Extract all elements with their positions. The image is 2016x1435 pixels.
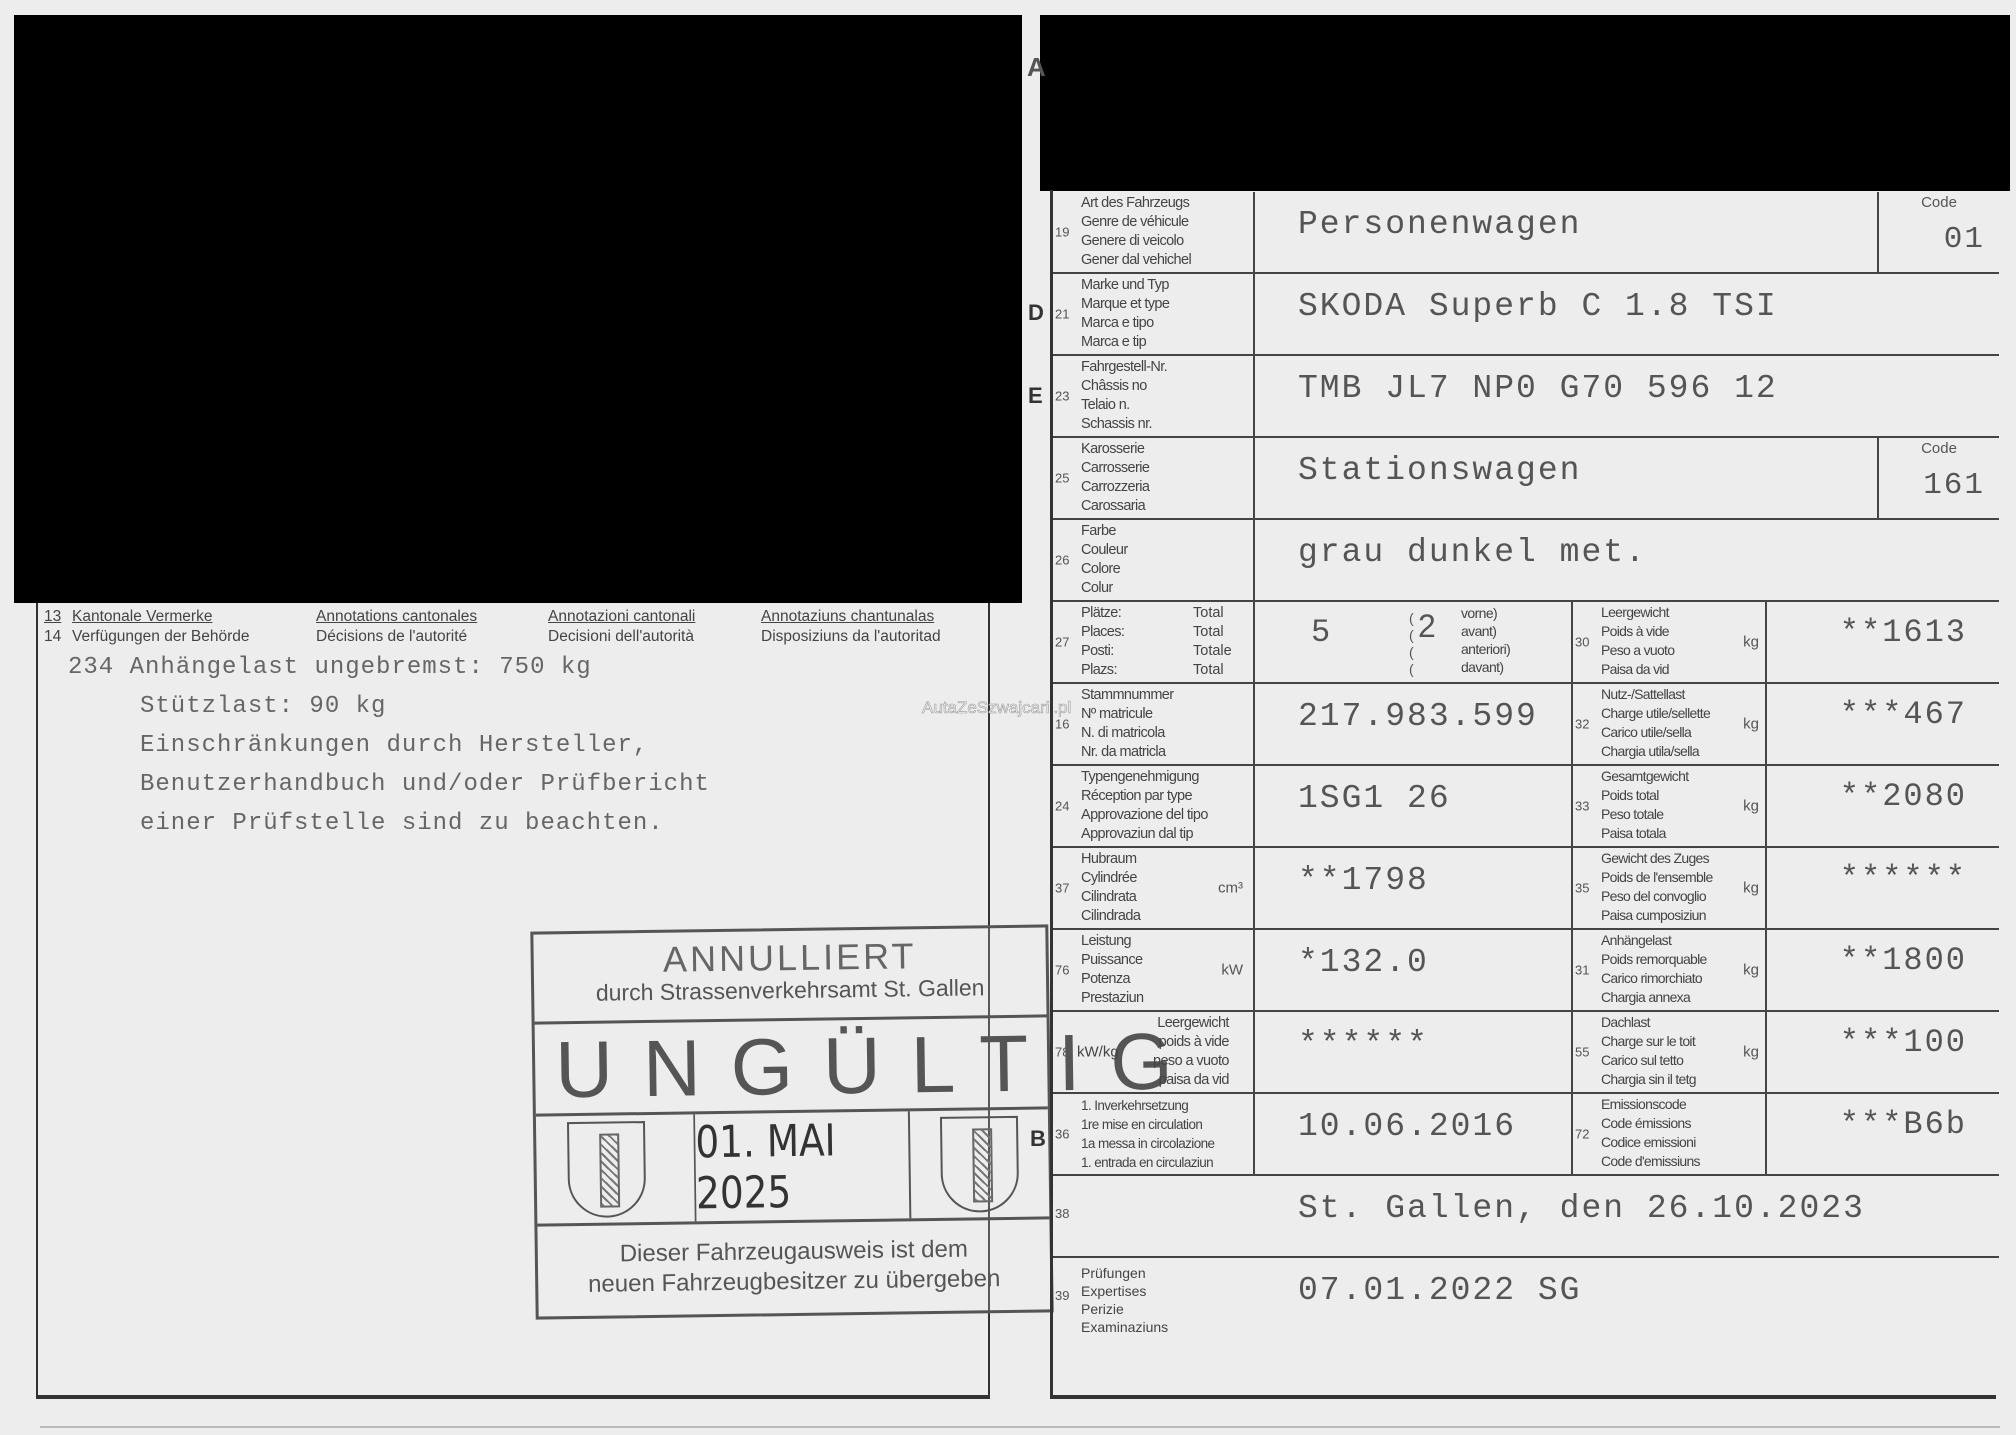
- label-rm: paisa da vid: [1153, 1071, 1229, 1090]
- remark-line: 234 Anhängelast ungebremst: 750 kg: [68, 648, 710, 687]
- code-label: Code: [1879, 440, 1999, 457]
- label-de: Prüfungen: [1081, 1264, 1168, 1282]
- stamp-header: ANNULLIERT durch Strassenverkehrsamt St.…: [533, 927, 1046, 1024]
- label-fr: Couleur: [1081, 541, 1128, 560]
- label-fr: Poids total: [1601, 786, 1688, 805]
- field-label: 37 Hubraum Cylindrée Cilindrata Cilindra…: [1053, 848, 1255, 928]
- page-edge: [40, 1426, 2000, 1428]
- code-value: 01: [1944, 222, 1985, 257]
- unit: kg: [1743, 798, 1759, 815]
- field-label: 76 Leistung Puissance Potenza Prestaziun…: [1053, 930, 1255, 1010]
- field-label: 16 Stammnummer Nº matricule N. di matric…: [1053, 684, 1255, 764]
- label-fr: Genre de véhicule: [1081, 213, 1191, 232]
- label-rm: Paisa cumposiziun: [1601, 906, 1713, 925]
- field-label: 32 Nutz-/Sattellast Charge utile/sellett…: [1573, 684, 1767, 764]
- label-fr: Annotations cantonales: [316, 607, 548, 627]
- unit: kW/kg: [1077, 1044, 1119, 1061]
- payload-value: ***467: [1840, 696, 1967, 733]
- field-number: 23: [1055, 389, 1069, 404]
- label-it: Approvazione del tipo: [1081, 806, 1208, 825]
- field-number: 32: [1575, 717, 1589, 732]
- label-rm: Disposiziuns da l'autoritad: [761, 627, 981, 647]
- label-fr: Poids à vide: [1601, 622, 1674, 641]
- unit: kg: [1743, 634, 1759, 651]
- stamp-note: Dieser Fahrzeugausweis ist dem neuen Fah…: [537, 1219, 1050, 1300]
- label-de: Typengenehmigung: [1081, 768, 1208, 787]
- power-weight-value: ******: [1298, 1026, 1429, 1063]
- trailer-load-cell: 31 Anhängelast Poids remorquable Carico …: [1571, 930, 1999, 1010]
- label-rm: Annotaziuns chantunalas: [761, 607, 981, 627]
- field-number: 27: [1055, 635, 1069, 650]
- label-fr: Carrosserie: [1081, 459, 1149, 478]
- first-registration-value: 10.06.2016: [1298, 1108, 1516, 1145]
- label-fr: poids à vide: [1153, 1033, 1229, 1052]
- front-label: avant): [1461, 622, 1510, 640]
- label-de: Emissionscode: [1601, 1095, 1700, 1114]
- label-it: Carrozzeria: [1081, 478, 1149, 497]
- label-de: Anhängelast: [1601, 931, 1707, 950]
- field-number: 13: [44, 607, 72, 627]
- train-weight-cell: 35 Gewicht des Zuges Poids de l'ensemble…: [1571, 848, 1999, 928]
- row-vehicle-kind: 19 Art des Fahrzeugs Genre de véhicule G…: [1053, 192, 1999, 274]
- remarks-header-row-14: 14 Verfügungen der Behörde Décisions de …: [44, 627, 984, 647]
- displacement-value: **1798: [1298, 862, 1429, 899]
- label-rm: 1. entrada en circulaziun: [1081, 1153, 1214, 1172]
- front-label: davant): [1461, 658, 1510, 676]
- emission-code-cell: 72 Emissionscode Code émissions Codice e…: [1571, 1094, 1999, 1174]
- row-place-date-issue: 38 St. Gallen, den 26.10.2023: [1053, 1176, 1999, 1258]
- field-number: 24: [1055, 799, 1069, 814]
- field-number: 38: [1055, 1206, 1069, 1221]
- field-label: 25 Karosserie Carrosserie Carrozzeria Ca…: [1053, 438, 1255, 518]
- label-de: Kantonale Vermerke: [72, 607, 316, 627]
- label-it: N. di matricola: [1081, 724, 1174, 743]
- label-de: Farbe: [1081, 522, 1128, 541]
- field-number: 36: [1055, 1127, 1069, 1142]
- invalidation-stamp: ANNULLIERT durch Strassenverkehrsamt St.…: [530, 924, 1053, 1319]
- label-rm: Cilindrada: [1081, 907, 1140, 926]
- unit: cm³: [1218, 880, 1243, 897]
- label-rm: Examinaziuns: [1081, 1318, 1168, 1336]
- field-number: 19: [1055, 225, 1069, 240]
- remark-line: einer Prüfstelle sind zu beachten.: [68, 804, 710, 843]
- label-it: Perizie: [1081, 1300, 1168, 1318]
- color-value: grau dunkel met.: [1298, 534, 1647, 571]
- field-label: 30 Leergewicht Poids à vide Peso a vuoto…: [1573, 602, 1767, 682]
- field-number: 35: [1575, 881, 1589, 896]
- label-it: Telaio n.: [1081, 396, 1167, 415]
- type-approval-value: 1SG1 26: [1298, 780, 1451, 817]
- field-number: 21: [1055, 307, 1069, 322]
- label-de: Nutz-/Sattellast: [1601, 685, 1710, 704]
- code-cell: Code 01: [1877, 192, 1999, 272]
- label-fr: Nº matricule: [1081, 705, 1174, 724]
- label-de: Dachlast: [1601, 1013, 1696, 1032]
- vehicle-data-table: 19 Art des Fahrzeugs Genre de véhicule G…: [1050, 190, 1996, 1399]
- field-label: 72 Emissionscode Code émissions Codice e…: [1573, 1094, 1767, 1174]
- stamp-status: UNGÜLTIG: [535, 1017, 1048, 1116]
- field-label: 23 Fahrgestell-Nr. Châssis no Telaio n. …: [1053, 356, 1255, 436]
- total-label: Totale: [1193, 642, 1232, 661]
- field-number: 16: [1055, 717, 1069, 732]
- corner-letter: A: [1027, 52, 1046, 83]
- row-master-number-payload: 16 Stammnummer Nº matricule N. di matric…: [1053, 684, 1999, 766]
- label-it: Carico sul tetto: [1601, 1051, 1696, 1070]
- master-number-value: 217.983.599: [1298, 698, 1538, 735]
- unit: kW: [1221, 962, 1243, 979]
- redacted-block-right: [1040, 15, 2010, 191]
- vehicle-kind-value: Personenwagen: [1298, 206, 1581, 243]
- label-fr: Poids remorquable: [1601, 950, 1707, 969]
- label-it: Cilindrata: [1081, 888, 1140, 907]
- label-it: Peso totale: [1601, 805, 1688, 824]
- label-de: Art des Fahrzeugs: [1081, 194, 1191, 213]
- label-it: Genere di veicolo: [1081, 232, 1191, 251]
- registration-document-scan: A 13 Kantonale Vermerke Annotations cant…: [0, 0, 2016, 1435]
- field-label: 39 Prüfungen Expertises Perizie Examinaz…: [1053, 1258, 1255, 1340]
- field-label: 24 Typengenehmigung Réception par type A…: [1053, 766, 1255, 846]
- stamp-authority: durch Strassenverkehrsamt St. Gallen: [534, 973, 1046, 1007]
- field-number: 76: [1055, 963, 1069, 978]
- field-number: 72: [1575, 1127, 1589, 1142]
- label-rm: Carossaria: [1081, 497, 1149, 516]
- field-number: 55: [1575, 1045, 1589, 1060]
- stamp-note-line: neuen Fahrzeugbesitzer zu übergeben: [538, 1263, 1050, 1300]
- inspections-value: 07.01.2022 SG: [1298, 1272, 1581, 1309]
- payload-cell: 32 Nutz-/Sattellast Charge utile/sellett…: [1571, 684, 1999, 764]
- trailer-load-value: **1800: [1840, 942, 1967, 979]
- row-displacement-train-weight: 37 Hubraum Cylindrée Cilindrata Cilindra…: [1053, 848, 1999, 930]
- empty-weight-value: **1613: [1840, 614, 1967, 651]
- field-label: 55 Dachlast Charge sur le toit Carico su…: [1573, 1012, 1767, 1092]
- total-label: Total: [1193, 623, 1232, 642]
- row-make-type: 21 Marke und Typ Marque et type Marca e …: [1053, 274, 1999, 356]
- label-it: Carico utile/sella: [1601, 723, 1710, 742]
- label-fr: Poids de l'ensemble: [1601, 868, 1713, 887]
- label-it: Peso a vuoto: [1601, 641, 1674, 660]
- field-label: 26 Farbe Couleur Colore Colur: [1053, 520, 1255, 600]
- label-de: Verfügungen der Behörde: [72, 627, 316, 647]
- make-type-value: SKODA Superb C 1.8 TSI: [1298, 288, 1778, 325]
- label-de: Gewicht des Zuges: [1601, 849, 1713, 868]
- label-it: Potenza: [1081, 970, 1144, 989]
- label-fr: Réception par type: [1081, 787, 1208, 806]
- front-label: vorne): [1461, 604, 1510, 622]
- field-number: 30: [1575, 635, 1589, 650]
- remark-line: Benutzerhandbuch und/oder Prüfbericht: [68, 765, 710, 804]
- row-body-type: 25 Karosserie Carrosserie Carrozzeria Ca…: [1053, 438, 1999, 520]
- label-it: Carico rimorchiato: [1601, 969, 1707, 988]
- total-weight-value: **2080: [1840, 778, 1967, 815]
- side-letter-b: B: [1030, 1126, 1046, 1152]
- label-rm: Paisa totala: [1601, 824, 1688, 843]
- label-rm: Code d'emissiuns: [1601, 1152, 1700, 1171]
- crest-cell-left: [536, 1115, 677, 1224]
- label-de: Karosserie: [1081, 440, 1149, 459]
- label-it: Marca e tipo: [1081, 314, 1169, 333]
- field-number: 33: [1575, 799, 1589, 814]
- remarks-header: 13 Kantonale Vermerke Annotations canton…: [44, 607, 984, 647]
- field-label: 31 Anhängelast Poids remorquable Carico …: [1573, 930, 1767, 1010]
- label-fr: Charge sur le toit: [1601, 1032, 1696, 1051]
- label-rm: Chargia sin il tetg: [1601, 1070, 1696, 1089]
- brace-icon: ((((: [1409, 610, 1414, 678]
- field-number: 25: [1055, 471, 1069, 486]
- row-inspections: 39 Prüfungen Expertises Perizie Examinaz…: [1053, 1258, 1999, 1395]
- label-it: Posti:: [1081, 642, 1124, 661]
- field-label: 19 Art des Fahrzeugs Genre de véhicule G…: [1053, 192, 1255, 272]
- label-fr: Châssis no: [1081, 377, 1167, 396]
- remarks-header-row-13: 13 Kantonale Vermerke Annotations canton…: [44, 607, 984, 627]
- total-label: Total: [1193, 661, 1232, 680]
- field-label: 78 kW/kg Leergewicht poids à vide peso a…: [1053, 1012, 1255, 1092]
- row-power-trailer-load: 76 Leistung Puissance Potenza Prestaziun…: [1053, 930, 1999, 1012]
- label-it: Codice emissioni: [1601, 1133, 1700, 1152]
- label-rm: Plazs:: [1081, 661, 1124, 680]
- label-de: Plätze:: [1081, 604, 1124, 623]
- empty-weight-cell: 30 Leergewicht Poids à vide Peso a vuoto…: [1571, 602, 1999, 682]
- remark-line: Stützlast: 90 kg: [68, 687, 710, 726]
- label-de: Gesamtgewicht: [1601, 767, 1688, 786]
- label-rm: Gener dal vehichel: [1081, 251, 1191, 270]
- label-rm: Chargia utila/sella: [1601, 742, 1710, 761]
- place-date-value: St. Gallen, den 26.10.2023: [1298, 1190, 1865, 1227]
- label-fr: Décisions de l'autorité: [316, 627, 548, 647]
- total-weight-cell: 33 Gesamtgewicht Poids total Peso totale…: [1571, 766, 1999, 846]
- label-de: Fahrgestell-Nr.: [1081, 358, 1167, 377]
- field-label: 36 1. Inverkehrsetzung 1re mise en circu…: [1053, 1094, 1255, 1174]
- row-power-weight-roof-load: 78 kW/kg Leergewicht poids à vide peso a…: [1053, 1012, 1999, 1094]
- label-fr: Puissance: [1081, 951, 1144, 970]
- label-fr: Cylindrée: [1081, 869, 1140, 888]
- roof-load-cell: 55 Dachlast Charge sur le toit Carico su…: [1571, 1012, 1999, 1092]
- unit: kg: [1743, 880, 1759, 897]
- label-rm: Colur: [1081, 579, 1128, 598]
- redacted-block-left: [14, 15, 1022, 603]
- label-fr: Places:: [1081, 623, 1124, 642]
- label-de: 1. Inverkehrsetzung: [1081, 1096, 1214, 1115]
- roof-load-value: ***100: [1840, 1024, 1967, 1061]
- emission-code-value: ***B6b: [1840, 1106, 1967, 1143]
- field-label: 27 Plätze: Places: Posti: Plazs: Total T…: [1053, 602, 1255, 682]
- label-rm: Schassis nr.: [1081, 415, 1167, 434]
- field-number: 31: [1575, 963, 1589, 978]
- label-fr: 1re mise en circulation: [1081, 1115, 1214, 1134]
- unit: kg: [1743, 716, 1759, 733]
- body-type-value: Stationswagen: [1298, 452, 1581, 489]
- row-type-approval-total-weight: 24 Typengenehmigung Réception par type A…: [1053, 766, 1999, 848]
- row-first-registration-emission: 36 1. Inverkehrsetzung 1re mise en circu…: [1053, 1094, 1999, 1176]
- label-de: Leergewicht: [1153, 1014, 1229, 1033]
- watermark: AutaZeSzwajcarii.pl: [922, 698, 1071, 718]
- label-rm: Approvaziun dal tip: [1081, 825, 1208, 844]
- row-chassis-number: 23 Fahrgestell-Nr. Châssis no Telaio n. …: [1053, 356, 1999, 438]
- label-rm: Nr. da matricla: [1081, 743, 1174, 762]
- field-number: 78: [1055, 1045, 1069, 1060]
- power-value: *132.0: [1298, 944, 1429, 981]
- field-number: 14: [44, 627, 72, 647]
- label-de: Hubraum: [1081, 850, 1140, 869]
- label-it: Peso del convoglio: [1601, 887, 1713, 906]
- label-rm: Chargia annexa: [1601, 988, 1707, 1007]
- front-label: anteriori): [1461, 640, 1510, 658]
- label-fr: Charge utile/sellette: [1601, 704, 1710, 723]
- unit: kg: [1743, 1044, 1759, 1061]
- label-it: Annotazioni cantonali: [548, 607, 761, 627]
- coat-of-arms-icon: [567, 1121, 646, 1218]
- label-fr: Expertises: [1081, 1282, 1168, 1300]
- label-it: peso a vuoto: [1153, 1052, 1229, 1071]
- label-rm: Marca e tip: [1081, 333, 1169, 352]
- field-number: 26: [1055, 553, 1069, 568]
- seats-front-value: 2: [1418, 608, 1436, 645]
- seats-total-value: 5: [1311, 614, 1330, 651]
- field-label: 35 Gewicht des Zuges Poids de l'ensemble…: [1573, 848, 1767, 928]
- row-color: 26 Farbe Couleur Colore Colur grau dunke…: [1053, 520, 1999, 602]
- code-label: Code: [1879, 194, 1999, 211]
- label-fr: Code émissions: [1601, 1114, 1700, 1133]
- code-cell: Code 161: [1877, 438, 1999, 518]
- label-rm: Prestaziun: [1081, 989, 1144, 1008]
- field-label: 33 Gesamtgewicht Poids total Peso totale…: [1573, 766, 1767, 846]
- field-label: 21 Marke und Typ Marque et type Marca e …: [1053, 274, 1255, 354]
- field-number: 37: [1055, 881, 1069, 896]
- label-fr: Marque et type: [1081, 295, 1169, 314]
- stamp-date-row: 01. MAI 2025: [536, 1109, 1049, 1226]
- chassis-number-value: TMB JL7 NP0 G70 596 12: [1298, 370, 1778, 407]
- label-it: 1a messa in circolazione: [1081, 1134, 1214, 1153]
- row-seats-empty-weight: 27 Plätze: Places: Posti: Plazs: Total T…: [1053, 602, 1999, 684]
- total-label: Total: [1193, 604, 1232, 623]
- label-rm: Paisa da vid: [1601, 660, 1674, 679]
- field-number: 39: [1055, 1288, 1069, 1303]
- label-de: Marke und Typ: [1081, 276, 1169, 295]
- coat-of-arms-icon: [940, 1115, 1019, 1212]
- crest-cell-right: [908, 1109, 1049, 1218]
- code-value: 161: [1923, 468, 1985, 503]
- stamp-date: 01. MAI 2025: [693, 1112, 892, 1222]
- unit: kg: [1743, 962, 1759, 979]
- label-de: Leergewicht: [1601, 603, 1674, 622]
- label-de: Leistung: [1081, 932, 1144, 951]
- remark-line: Einschränkungen durch Hersteller,: [68, 726, 710, 765]
- side-letter-e: E: [1028, 383, 1043, 409]
- remarks-text: 234 Anhängelast ungebremst: 750 kg Stütz…: [68, 648, 710, 843]
- label-it: Colore: [1081, 560, 1128, 579]
- side-letter-d: D: [1028, 300, 1044, 326]
- label-it: Decisioni dell'autorità: [548, 627, 761, 647]
- train-weight-value: ******: [1840, 860, 1967, 897]
- label-de: Stammnummer: [1081, 686, 1174, 705]
